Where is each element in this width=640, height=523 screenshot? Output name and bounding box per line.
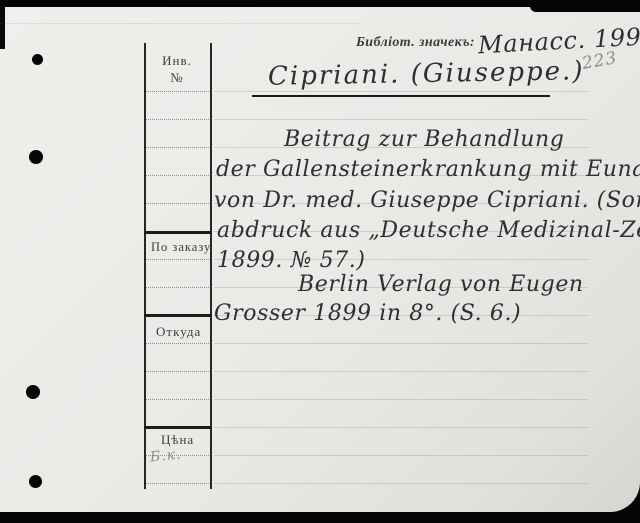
entry-line: Berlin Verlag von Eugen	[298, 272, 584, 297]
column-dotted-line	[146, 399, 209, 400]
scan-edge-bottom	[0, 512, 640, 523]
column-dotted-line	[146, 483, 209, 484]
entry-line: der Gallensteinerkrankung mit Eunatrol	[216, 157, 640, 182]
scan-edge-top-right	[530, 0, 640, 12]
field-origin-label: Откуда	[156, 324, 201, 340]
scan-edge-left	[0, 7, 5, 49]
column-rule-thick	[144, 314, 212, 317]
scanned-catalog-card: Инв. № По заказу Откуда Цѣна Б.к. Библіо…	[0, 0, 640, 523]
table-vertical-line	[210, 43, 212, 489]
column-dotted-line	[146, 203, 209, 204]
punch-hole	[29, 475, 42, 488]
entry-line: abdruck aus „Deutsche Medizinal-Zeitung“	[217, 218, 640, 243]
entry-line: Grosser 1899 in 8°. (S. 6.)	[214, 301, 521, 326]
column-dotted-line	[146, 371, 209, 372]
library-mark-label: Библіот. значекъ:	[356, 35, 475, 51]
price-pencil-note: Б.к.	[149, 446, 182, 465]
punch-hole	[29, 150, 43, 164]
author-underline	[252, 95, 550, 97]
entry-line: 1899. № 57.)	[217, 248, 366, 273]
author-heading: Cipriani. (Giuseppe.)	[268, 56, 585, 92]
column-dotted-line	[146, 175, 209, 176]
entry-line: Beitrag zur Behandlung	[284, 127, 564, 152]
column-dotted-line	[146, 287, 209, 288]
table-vertical-line	[144, 43, 146, 489]
field-inventory-label: Инв. №	[144, 52, 210, 86]
punch-hole	[32, 54, 43, 65]
field-inventory-label-line2: №	[144, 69, 210, 86]
column-dotted-line	[146, 343, 209, 344]
entry-line: von Dr. med. Giuseppe Cipriani. (Sonder-	[214, 188, 640, 213]
column-dotted-line	[146, 147, 209, 148]
field-inventory-label-line1: Инв.	[144, 52, 210, 69]
field-price-label: Цѣна	[161, 432, 194, 448]
field-by-order-label: По заказу	[151, 240, 211, 255]
column-dotted-line	[146, 259, 209, 260]
column-rule-thick	[144, 426, 212, 429]
column-rule-thick	[144, 231, 212, 234]
column-dotted-line	[146, 119, 209, 120]
card-top-edge-line	[0, 23, 360, 24]
punch-hole	[26, 385, 40, 399]
column-dotted-line	[146, 91, 209, 92]
